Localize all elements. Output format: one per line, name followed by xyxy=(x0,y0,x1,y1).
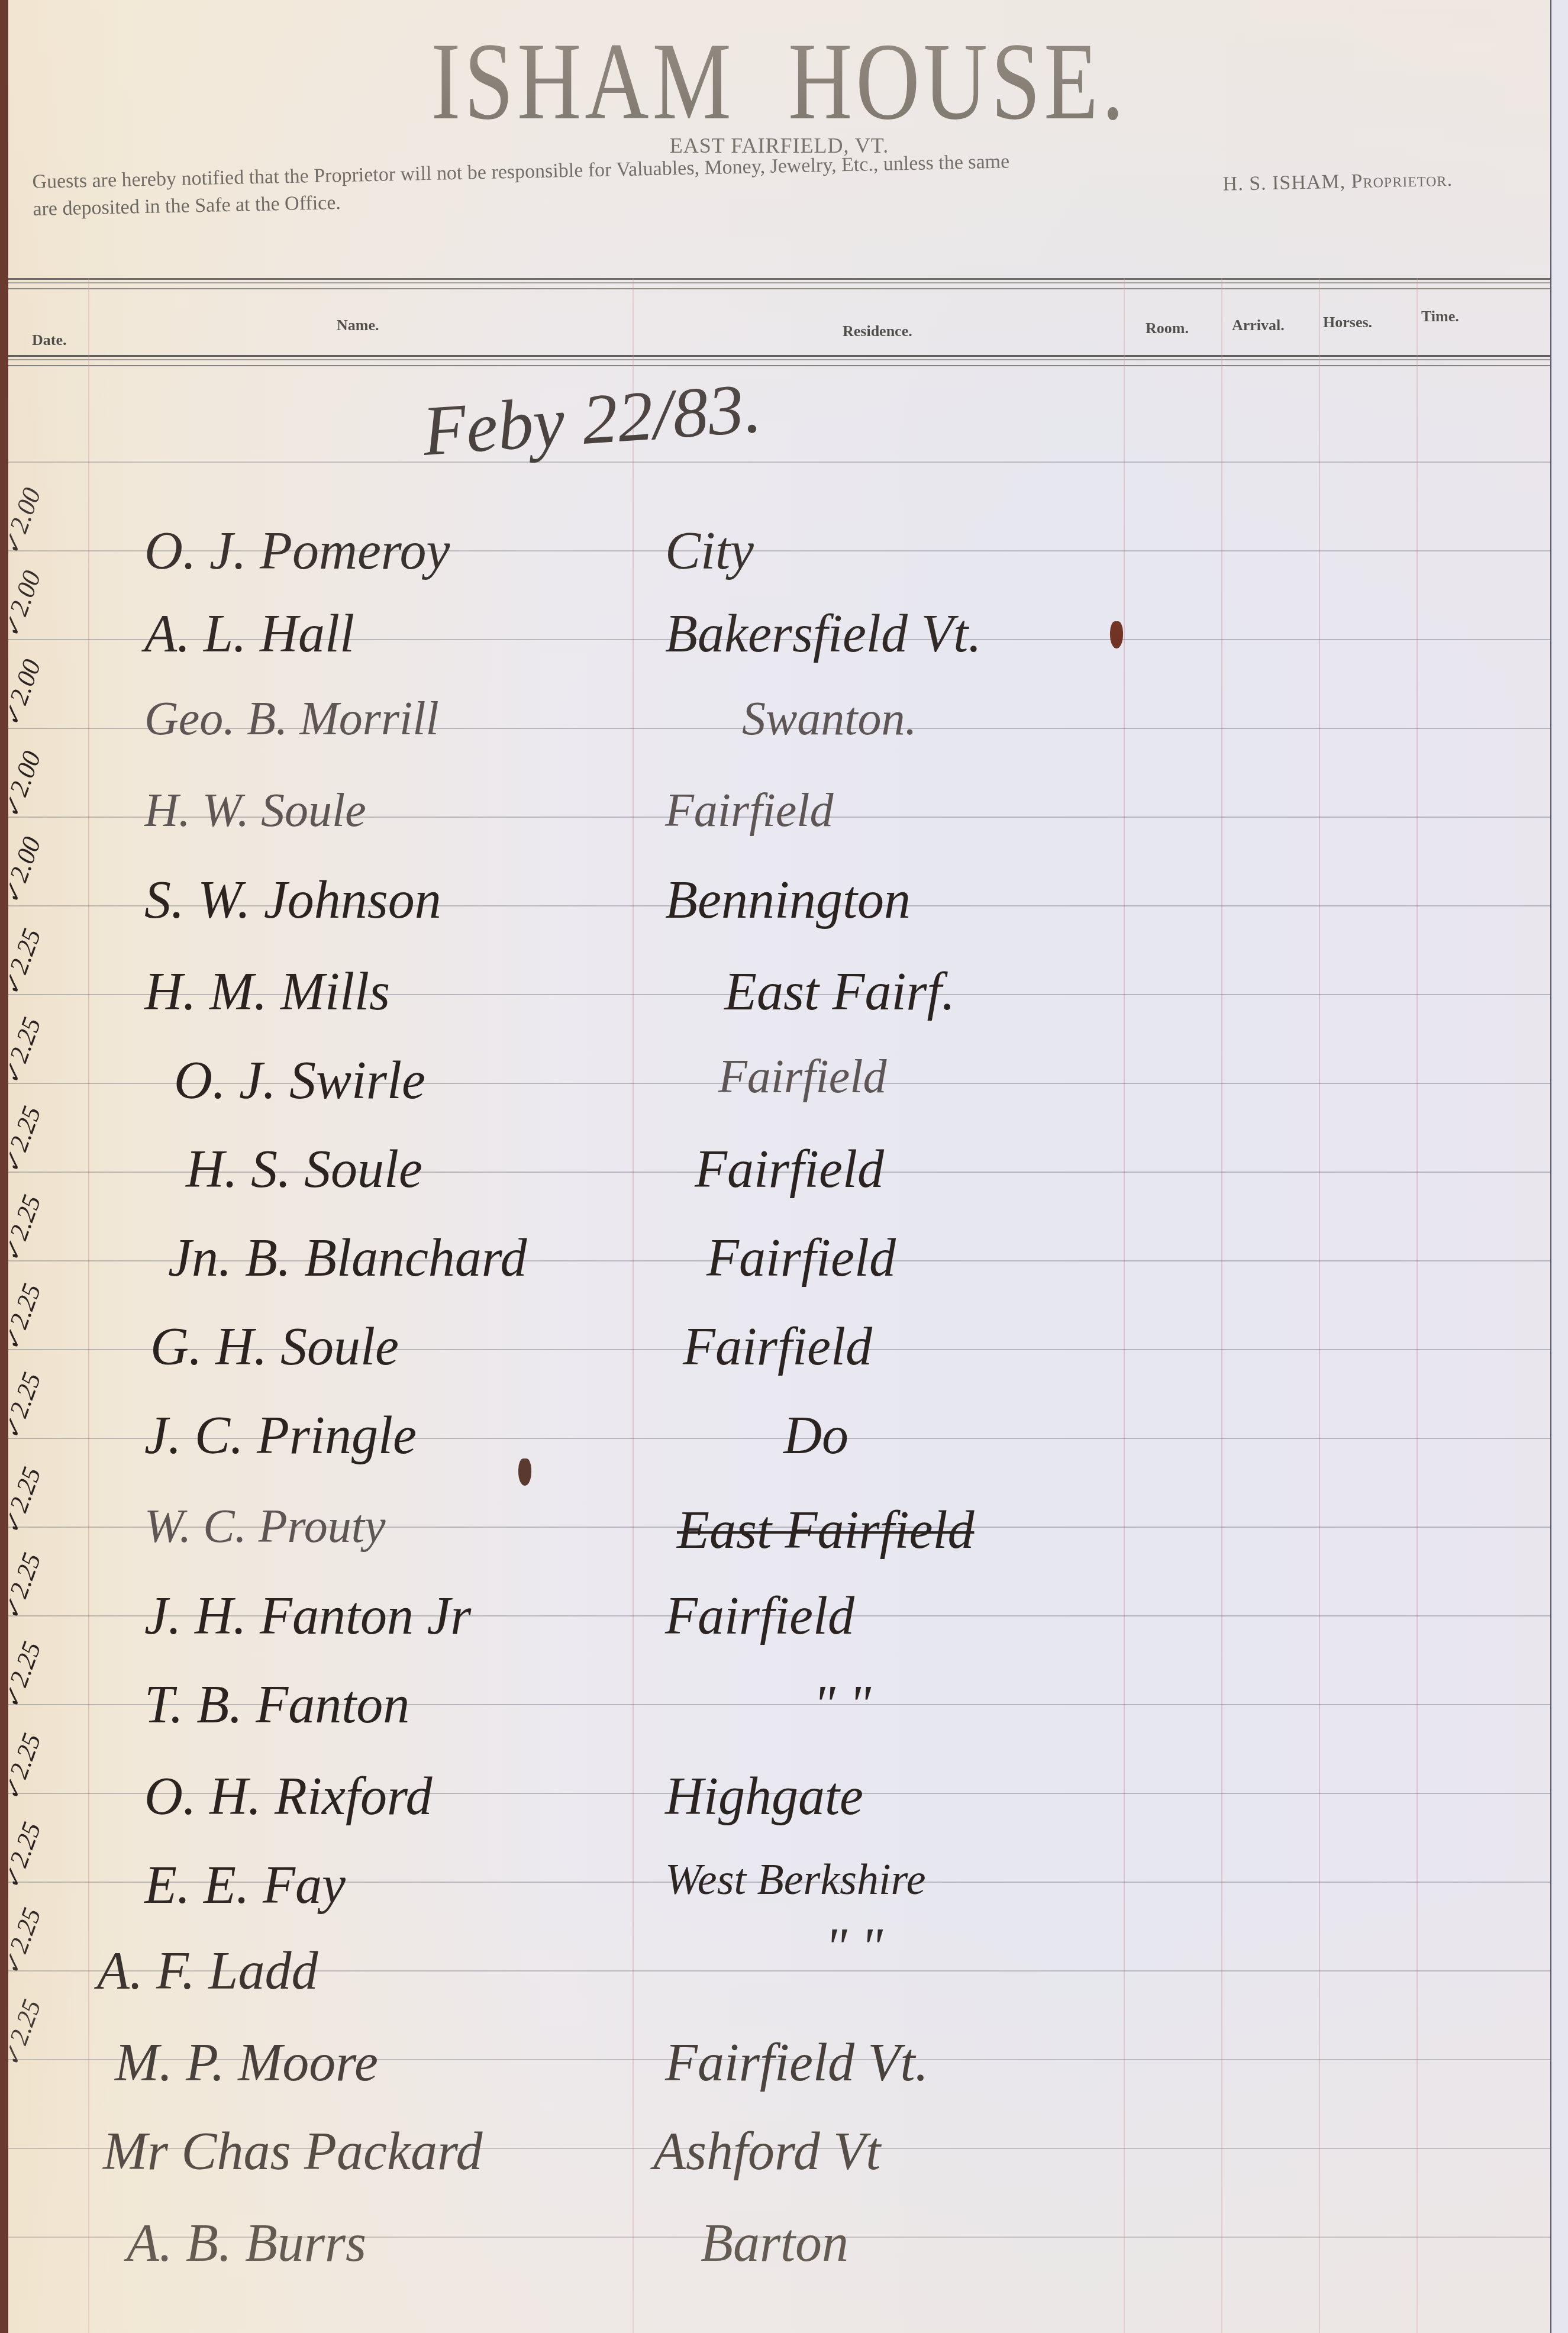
adjacent-page-edge xyxy=(1550,0,1568,2333)
proprietor-signature: H. S. ISHAM, Proprietor. xyxy=(1222,166,1453,198)
guest-residence: Fairfield xyxy=(695,1139,1168,1200)
guest-residence: Fairfield xyxy=(683,1316,1156,1377)
guest-residence: Swanton. xyxy=(742,692,1215,746)
guest-residence: West Berkshire xyxy=(665,1855,1138,1905)
register-entry: ✓2.25 M. P. Moore Fairfield Vt. xyxy=(8,2009,1550,2098)
guest-name: Geo. B. Morrill xyxy=(144,692,630,746)
guest-name: O. H. Rixford xyxy=(144,1766,630,1827)
guest-name: J. H. Fanton Jr xyxy=(144,1586,630,1647)
guest-residence: " " xyxy=(825,1917,1298,1978)
column-header-residence: Residence. xyxy=(843,322,912,340)
title-word-house: HOUSE. xyxy=(788,20,1128,143)
register-entry: ✓2.00 H. W. Soule Fairfield xyxy=(8,760,1550,849)
guest-name: A. L. Hall xyxy=(144,604,630,664)
guest-name: T. B. Fanton xyxy=(144,1674,630,1735)
register-entry: Mr Chas Packard Ashford Vt xyxy=(8,2098,1550,2186)
register-entry: ✓2.25 W. C. Prouty East Fairfield xyxy=(8,1476,1550,1565)
column-header-room: Room. xyxy=(1146,320,1189,337)
register-entry: ✓2.00 S. W. Johnson Bennington xyxy=(8,846,1550,935)
guest-name: M. P. Moore xyxy=(115,2032,600,2093)
guest-residence: East Fairf. xyxy=(724,961,1198,1022)
hotel-title: ISHAMHOUSE. xyxy=(8,18,1550,145)
register-page: ISHAMHOUSE. EAST FAIRFIELD, VT. Guests a… xyxy=(8,0,1550,2333)
guest-name: O. J. Swirle xyxy=(174,1050,659,1111)
guest-residence: " " xyxy=(813,1674,1286,1735)
title-word-isham: ISHAM xyxy=(431,20,735,143)
guest-residence: Fairfield xyxy=(718,1050,1192,1104)
register-entry: ✓2.25 Jn. B. Blanchard Fairfield xyxy=(8,1204,1550,1293)
ink-blot xyxy=(1110,621,1123,648)
guest-name: Jn. B. Blanchard xyxy=(168,1228,653,1289)
rate-value: 2.25 xyxy=(8,1463,47,1516)
rate-mark: ✓2.00 xyxy=(8,482,48,559)
entry-date: Feby 22/83. xyxy=(420,367,764,472)
guest-residence: Do xyxy=(783,1405,1257,1466)
guest-name: O. J. Pomeroy xyxy=(144,521,630,582)
guest-residence: Bennington xyxy=(665,870,1138,931)
guest-residence: Fairfield xyxy=(665,784,1138,838)
register-entry: A. B. Burrs Barton xyxy=(8,2189,1550,2278)
register-entry: ✓2.00 O. J. Pomeroy City xyxy=(8,497,1550,586)
guest-name: Mr Chas Packard xyxy=(103,2121,588,2182)
guest-residence: Highgate xyxy=(665,1766,1138,1827)
register-entry: ✓2.25 H. M. Mills East Fairf. xyxy=(8,938,1550,1027)
guest-name: H. S. Soule xyxy=(186,1139,671,1200)
register-entry: ✓2.25 J. H. Fanton Jr Fairfield xyxy=(8,1562,1550,1651)
rate-mark: ✓2.25 xyxy=(8,1461,48,1538)
guest-name: J. C. Pringle xyxy=(144,1405,630,1466)
guest-name: A. B. Burrs xyxy=(127,2213,612,2274)
guest-residence: City xyxy=(665,521,1138,582)
guest-residence: Ashford Vt xyxy=(653,2121,1127,2182)
register-entry: ✓2.00 A. L. Hall Bakersfield Vt. xyxy=(8,580,1550,669)
notice-line-2: are deposited in the Safe at the Office. xyxy=(33,189,341,223)
guest-residence: Barton xyxy=(701,2213,1174,2274)
guest-name: S. W. Johnson xyxy=(144,870,630,931)
guest-name: H. M. Mills xyxy=(144,961,630,1022)
guest-name: G. H. Soule xyxy=(150,1316,635,1377)
rate-value: 2.00 xyxy=(8,484,47,537)
register-entry: ✓2.25 G. H. Soule Fairfield xyxy=(8,1293,1550,1382)
register-entry: ✓2.25 A. F. Ladd " " xyxy=(8,1917,1550,2006)
guest-name: A. F. Ladd xyxy=(97,1941,582,2002)
register-entry: ✓2.00 Geo. B. Morrill Swanton. xyxy=(8,669,1550,757)
column-header-horses: Horses. xyxy=(1323,314,1372,331)
column-header-name: Name. xyxy=(337,317,379,334)
register-entry: ✓2.25 H. S. Soule Fairfield xyxy=(8,1115,1550,1204)
guest-residence: Fairfield Vt. xyxy=(665,2032,1138,2093)
register-entry: ✓2.25 O. J. Swirle Fairfield xyxy=(8,1027,1550,1115)
guest-name: E. E. Fay xyxy=(144,1855,630,1916)
ruled-line xyxy=(8,462,1550,463)
register-entry: ✓2.25 T. B. Fanton " " xyxy=(8,1651,1550,1740)
guest-residence: Fairfield xyxy=(706,1228,1180,1289)
register-entry: ✓2.25 E. E. Fay West Berkshire xyxy=(8,1831,1550,1920)
guest-name: W. C. Prouty xyxy=(144,1500,630,1554)
column-header-arrival: Arrival. xyxy=(1232,317,1285,334)
column-header-date: Date. xyxy=(32,331,66,349)
guest-name: H. W. Soule xyxy=(144,784,630,838)
guest-residence: Fairfield xyxy=(665,1586,1138,1647)
guest-residence: Bakersfield Vt. xyxy=(665,604,1138,664)
register-entry: ✓2.25 O. H. Rixford Highgate xyxy=(8,1743,1550,1831)
column-header-time: Time. xyxy=(1421,308,1459,325)
register-entry: ✓2.25 J. C. Pringle Do xyxy=(8,1382,1550,1470)
guest-residence: East Fairfield xyxy=(677,1500,1150,1561)
